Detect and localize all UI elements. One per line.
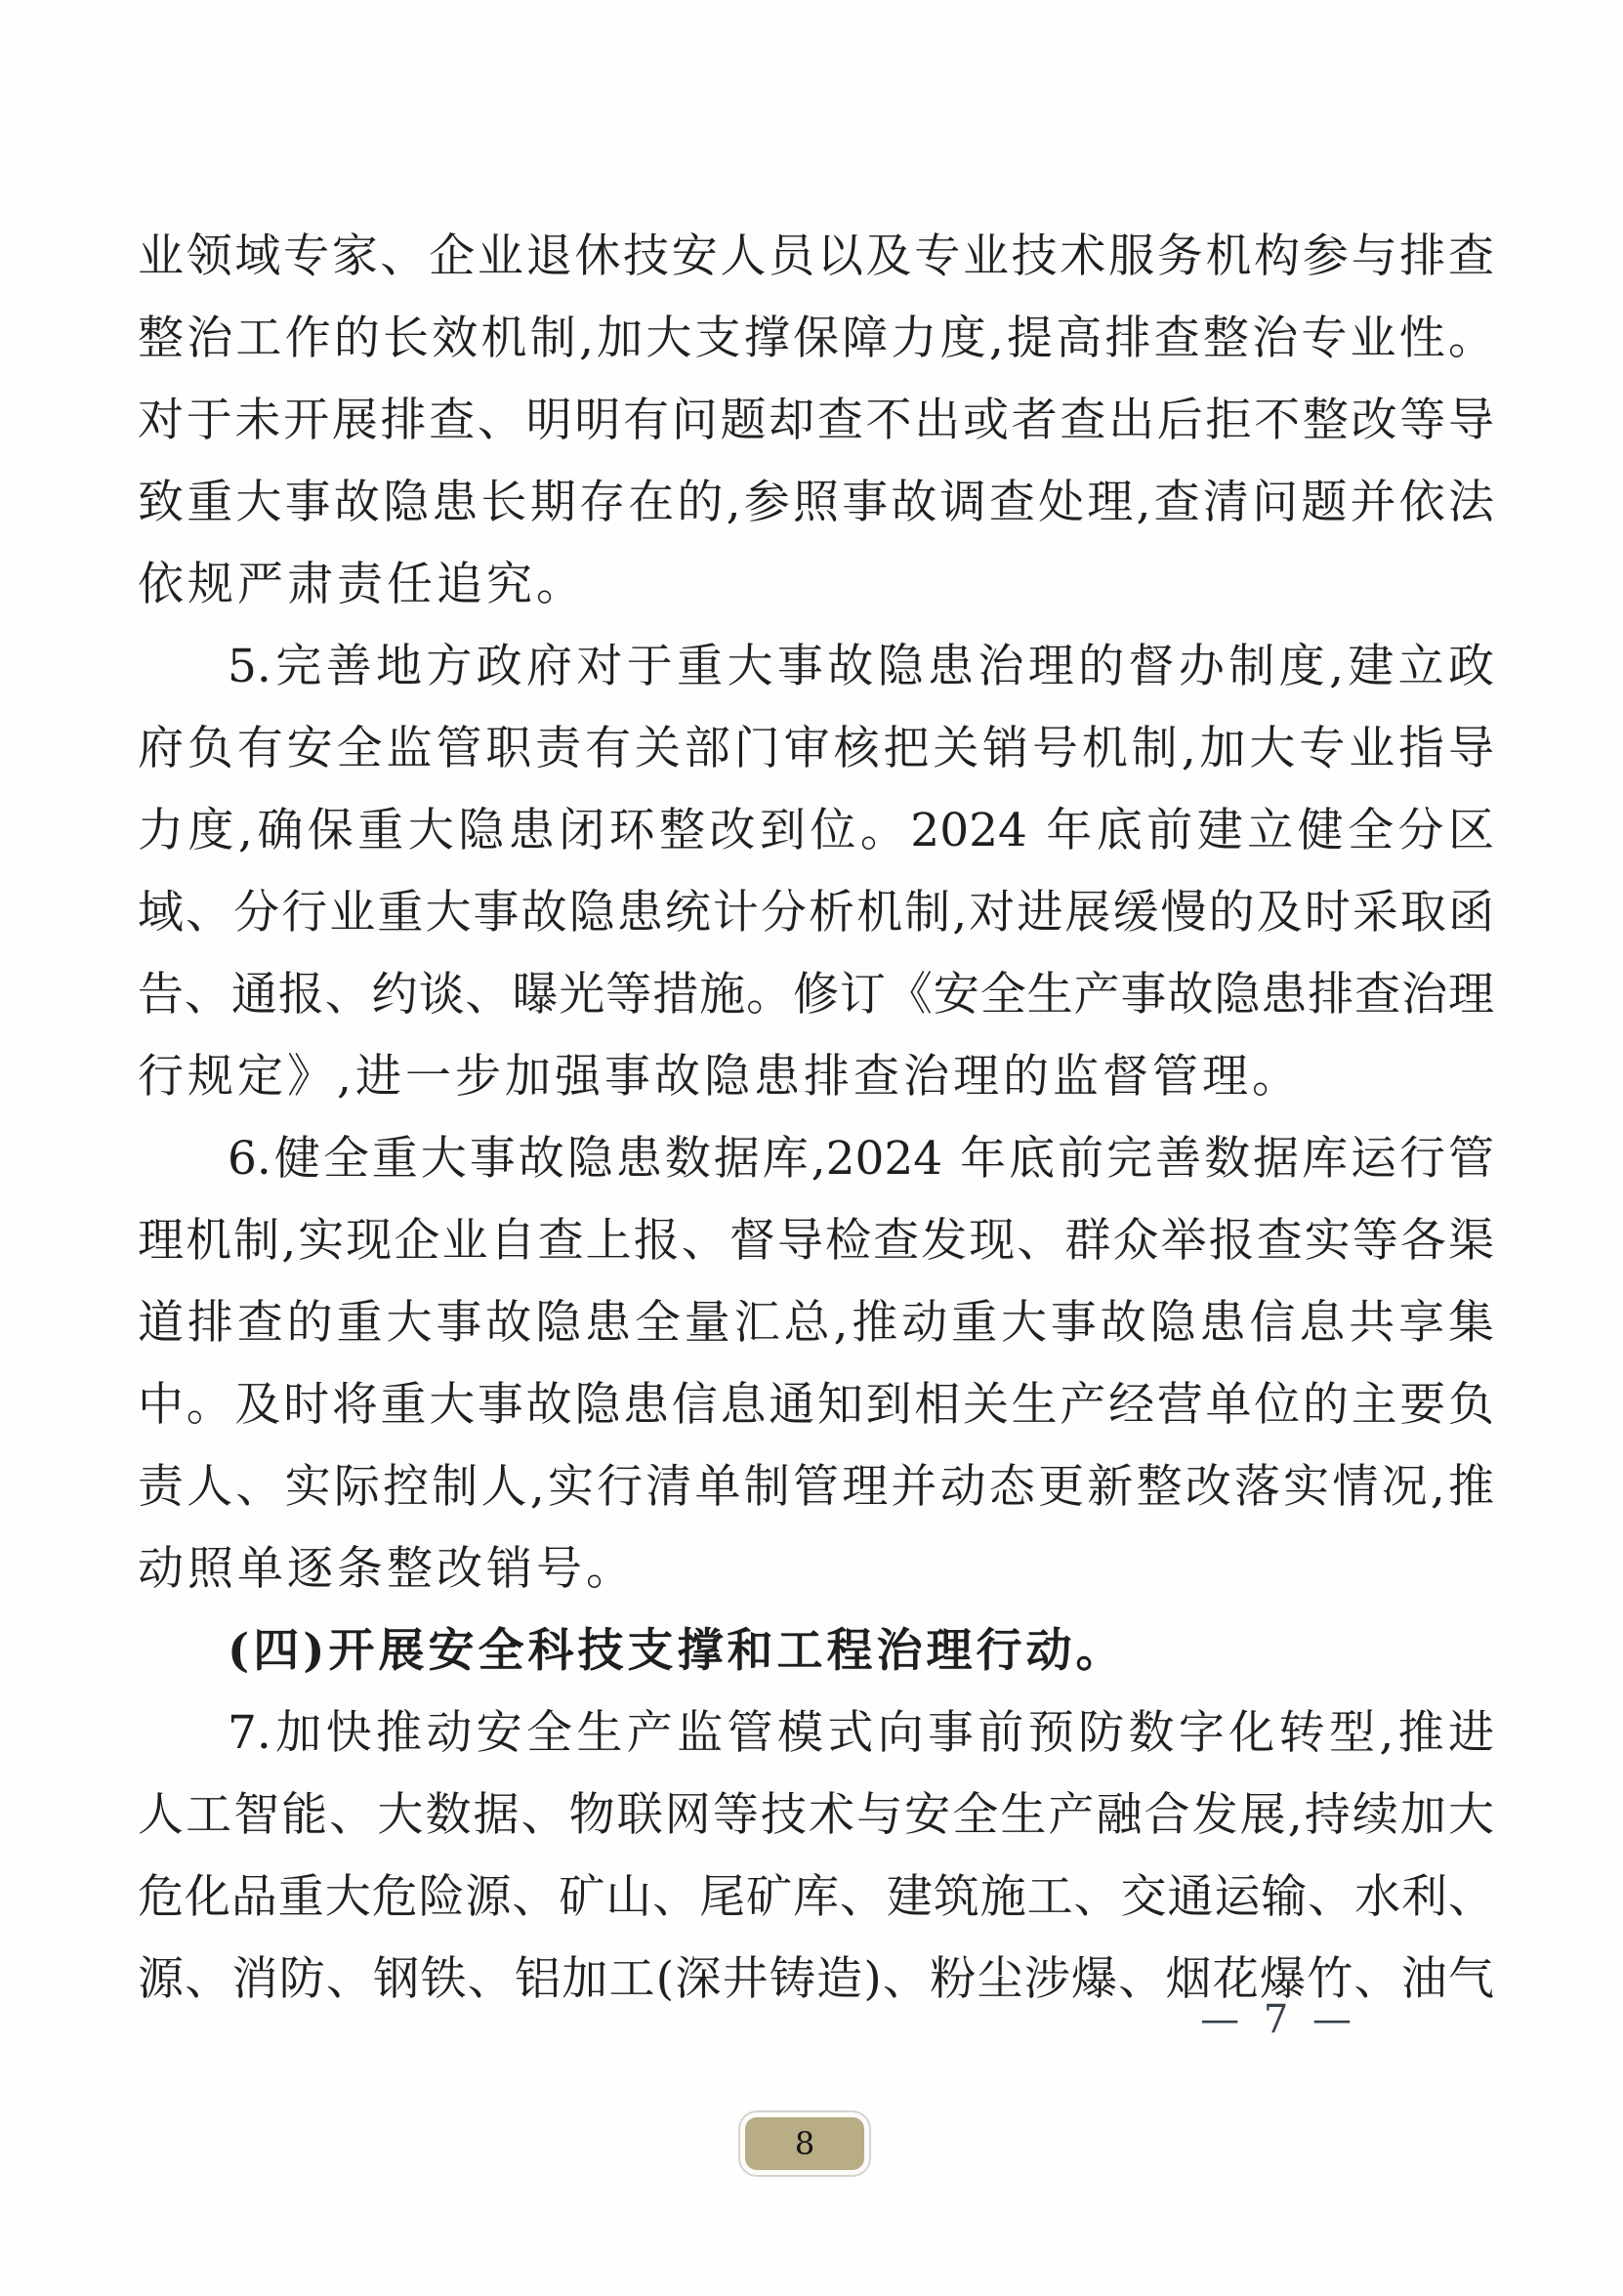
text-line: 6.健全重大事故隐患数据库,2024 年底前完善数据库运行管 (138, 1118, 1494, 1200)
page-number: — 7 — (1200, 1990, 1357, 2049)
text-line: 依规严肃责任追究。 (138, 544, 1494, 626)
section-heading-line: (四)开展安全科技支撑和工程治理行动。 (138, 1610, 1494, 1692)
text-line: 危化品重大危险源、矿山、尾矿库、建筑施工、交通运输、水利、能 (138, 1857, 1494, 1939)
text-block: 业领域专家、企业退休技安人员以及专业技术服务机构参与排查整治工作的长效机制,加大… (138, 216, 1494, 2021)
text-line: 府负有安全监管职责有关部门审核把关销号机制,加大专业指导 (138, 708, 1494, 790)
text-line: 7.加快推动安全生产监管模式向事前预防数字化转型,推进 (138, 1692, 1494, 1774)
text-line: 致重大事故隐患长期存在的,参照事故调查处理,查清问题并依法 (138, 462, 1494, 544)
text-line: 5.完善地方政府对于重大事故隐患治理的督办制度,建立政 (138, 626, 1494, 708)
text-line: 对于未开展排查、明明有问题却查不出或者查出后拒不整改等导 (138, 380, 1494, 462)
text-line: 动照单逐条整改销号。 (138, 1528, 1494, 1610)
text-line: 中。及时将重大事故隐患信息通知到相关生产经营单位的主要负 (138, 1364, 1494, 1446)
sheet-number-badge: 8 (745, 2117, 864, 2170)
text-line: 域、分行业重大事故隐患统计分析机制,对进展缓慢的及时采取函 (138, 872, 1494, 954)
sheet-number-label: 8 (795, 2125, 814, 2162)
text-line: 力度,确保重大隐患闭环整改到位。2024 年底前建立健全分区 (138, 790, 1494, 872)
text-line: 行规定》,进一步加强事故隐患排查治理的监督管理。 (138, 1036, 1494, 1118)
document-page: 业领域专家、企业退休技安人员以及专业技术服务机构参与排查整治工作的长效机制,加大… (0, 0, 1623, 2296)
text-line: 人工智能、大数据、物联网等技术与安全生产融合发展,持续加大 (138, 1774, 1494, 1857)
text-line: 道排查的重大事故隐患全量汇总,推动重大事故隐患信息共享集 (138, 1282, 1494, 1364)
text-line: 告、通报、约谈、曝光等措施。修订《安全生产事故隐患排查治理暂 (138, 954, 1494, 1036)
text-line: 责人、实际控制人,实行清单制管理并动态更新整改落实情况,推 (138, 1446, 1494, 1528)
text-line: 整治工作的长效机制,加大支撑保障力度,提高排查整治专业性。 (138, 298, 1494, 380)
text-line: 理机制,实现企业自查上报、督导检查发现、群众举报查实等各渠 (138, 1200, 1494, 1282)
text-line: 业领域专家、企业退休技安人员以及专业技术服务机构参与排查 (138, 216, 1494, 298)
